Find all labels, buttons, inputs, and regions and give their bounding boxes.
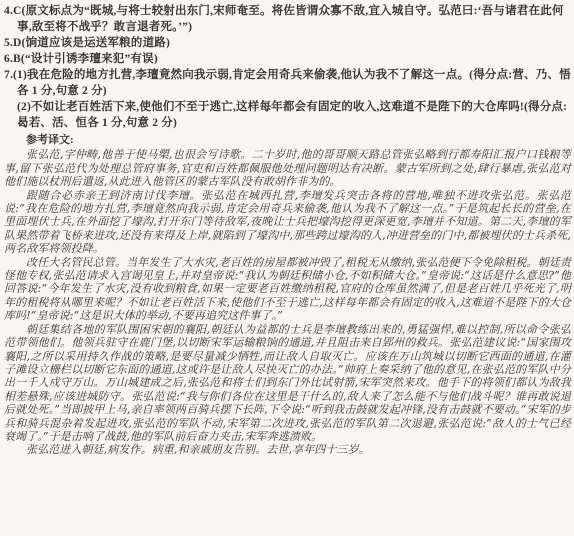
answer-item-7: 7.(1)我在危险的地方扎营,李璮竟然向我示弱,肯定会用奇兵来偷袭,他认为我不了…: [4, 67, 571, 131]
translation-paragraph-5: 张弘范进入朝廷,病发作。病重,和亲戚朋友告别。去世,享年四十三岁。: [4, 443, 571, 456]
answer-key-section: 4.C(原文标点为“既城,与将士较射出东门,宋师奄至。将佐皆谓众寡不敌,宜入城自…: [4, 3, 571, 131]
scanned-answer-sheet: 4.C(原文标点为“既城,与将士较射出东门,宋师奄至。将佐皆谓众寡不敌,宜入城自…: [0, 0, 574, 536]
translation-paragraph-1: 张弘范,字仲畴,他善于使马槊,也很会写诗歌。二十岁时,他的哥哥顺天路总管张弘略到…: [4, 148, 571, 188]
translation-paragraph-4: 朝廷集结各地的军队围困宋朝的襄阳,朝廷认为益都的士兵是李璮教练出来的,勇猛强悍,…: [4, 323, 571, 444]
answer-number: 7.: [4, 69, 13, 81]
answer-number: 4.: [4, 5, 13, 17]
translation-paragraph-3: 改任大名管民总管。当年发生了大水灾,老百姓的房屋都被冲毁了,租税无从缴纳,张弘范…: [4, 256, 571, 323]
answer-text: B(“设计引诱李璮来犯”有误): [13, 53, 158, 65]
translation-paragraph-2: 跟随合必赤亲王到济南讨伐李璮。张弘范在城西扎营,李璮发兵突击各将的营地,唯独不进…: [4, 189, 571, 256]
answer-part-2: (2)不如让老百姓活下来,使他们不至于逃亡,这样每年都会有固定的收入,这难道不是…: [17, 99, 571, 131]
answer-number: 6.: [4, 53, 13, 65]
answer-item-5: 5.D(饷道应该是运送军粮的道路): [4, 35, 571, 51]
answer-part-1: (1)我在危险的地方扎营,李璮竟然向我示弱,肯定会用奇兵来偷袭,他认为我不了解这…: [13, 69, 571, 97]
answer-item-6: 6.B(“设计引诱李璮来犯”有误): [4, 51, 571, 67]
reference-translation-section: 参考译文: 张弘范,字仲畴,他善于使马槊,也很会写诗歌。二十岁时,他的哥哥顺天路…: [4, 133, 571, 457]
answer-item-4: 4.C(原文标点为“既城,与将士较射出东门,宋师奄至。将佐皆谓众寡不敌,宜入城自…: [4, 3, 571, 35]
answer-text: D(饷道应该是运送军粮的道路): [13, 37, 170, 49]
answer-number: 5.: [4, 37, 13, 49]
answer-text: C(原文标点为“既城,与将士较射出东门,宋师奄至。将佐皆谓众寡不敌,宜入城自守。…: [13, 5, 564, 33]
translation-heading: 参考译文:: [4, 133, 571, 148]
